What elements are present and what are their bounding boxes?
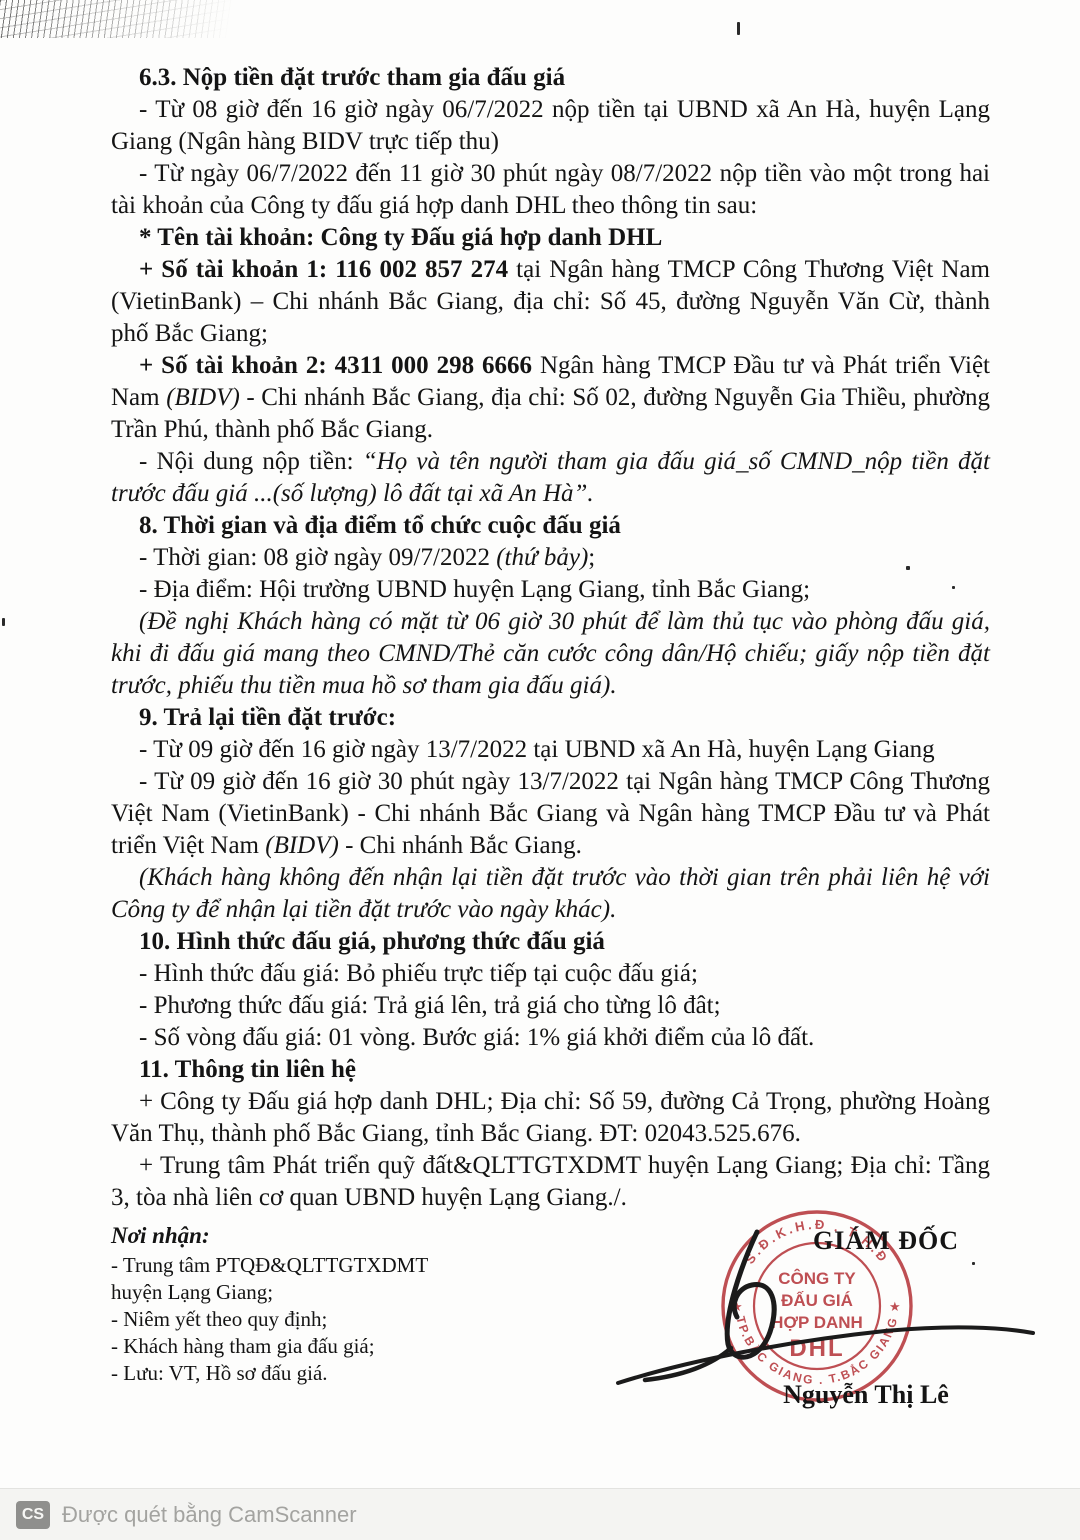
text-run: + Trung tâm Phát triển quỹ đất&QLTTGTXDM… (111, 1152, 990, 1211)
text-run: (Khách hàng không đến nhận lại tiền đặt … (111, 864, 990, 923)
text-run: * Tên tài khoản: Công ty Đấu giá hợp dan… (139, 224, 662, 251)
paragraph: + Trung tâm Phát triển quỹ đất&QLTTGTXDM… (111, 1150, 990, 1214)
scan-speck (2, 618, 5, 626)
signature-block: S.Đ.K.H.Đ . T.H.Đ TP.BẮC GIANG . T.BẮC G… (671, 1222, 1080, 1452)
text-run: - Số vòng đấu giá: 01 vòng. Bước giá: 1%… (139, 1024, 814, 1051)
paragraph: - Từ ngày 06/7/2022 đến 11 giờ 30 phút n… (111, 158, 990, 222)
text-run: (thứ bảy) (496, 544, 588, 571)
section-heading: 6.3. Nộp tiền đặt trước tham gia đấu giá (111, 62, 990, 94)
text-run: (BIDV) (166, 384, 240, 411)
recipient-line: - Khách hàng tham gia đấu giá; (111, 1333, 441, 1360)
recipient-line: - Lưu: VT, Hồ sơ đấu giá. (111, 1360, 441, 1387)
text-run: - Từ 08 giờ đến 16 giờ ngày 06/7/2022 nộ… (111, 96, 990, 155)
text-run: - Từ ngày 06/7/2022 đến 11 giờ 30 phút n… (111, 160, 990, 219)
text-run: (BIDV) (265, 832, 339, 859)
section-heading: 10. Hình thức đấu giá, phương thức đấu g… (111, 926, 990, 958)
text-run: - Chi nhánh Bắc Giang, địa chỉ: Số 02, đ… (111, 384, 990, 443)
paragraph: - Từ 09 giờ đến 16 giờ 30 phút ngày 13/7… (111, 766, 990, 862)
paragraph: - Từ 08 giờ đến 16 giờ ngày 06/7/2022 nộ… (111, 94, 990, 158)
paragraph: - Phương thức đấu giá: Trả giá lên, trả … (111, 990, 990, 1022)
text-run: - Chi nhánh Bắc Giang. (339, 832, 582, 859)
text-run: (Đề nghị Khách hàng có mặt từ 06 giờ 30 … (111, 608, 990, 699)
stamp-line-1: CÔNG TY (778, 1269, 856, 1288)
camscanner-logo-icon: CS (16, 1501, 50, 1529)
scan-noise-artifact (0, 0, 270, 38)
paragraph: - Địa điểm: Hội trường UBND huyện Lạng G… (111, 574, 990, 606)
paragraph: + Số tài khoản 1: 116 002 857 274 tại Ng… (111, 254, 990, 350)
text-run: - Hình thức đấu giá: Bỏ phiếu trực tiếp … (139, 960, 698, 987)
recipient-line: - Niêm yết theo quy định; (111, 1306, 441, 1333)
text-run: 8. Thời gian và địa điểm tổ chức cuộc đấ… (139, 512, 621, 539)
text-run: - Thời gian: 08 giờ ngày 09/7/2022 (139, 544, 496, 571)
signer-name: Nguyễn Thị Lê (726, 1380, 1006, 1410)
closing-block: Nơi nhận: - Trung tâm PTQĐ&QLTTGTXDMThuy… (111, 1222, 1030, 1452)
stamp-line-3: HỢP DANH (771, 1313, 863, 1332)
paragraph: - Thời gian: 08 giờ ngày 09/7/2022 (thứ … (111, 542, 990, 574)
document-body: 6.3. Nộp tiền đặt trước tham gia đấu giá… (111, 62, 990, 1214)
paragraph: (Đề nghị Khách hàng có mặt từ 06 giờ 30 … (111, 606, 990, 702)
paragraph: + Số tài khoản 2: 4311 000 298 6666 Ngân… (111, 350, 990, 446)
text-run: 9. Trả lại tiền đặt trước: (139, 704, 396, 731)
text-run: - Từ 09 giờ đến 16 giờ ngày 13/7/2022 tạ… (139, 736, 935, 763)
scanned-document-page: 6.3. Nộp tiền đặt trước tham gia đấu giá… (0, 0, 1080, 1540)
text-run: 6.3. Nộp tiền đặt trước tham gia đấu giá (139, 64, 565, 91)
text-run: - Nội dung nộp tiền: (139, 448, 363, 475)
paragraph: - Nội dung nộp tiền: “Họ và tên người th… (111, 446, 990, 510)
paragraph: - Hình thức đấu giá: Bỏ phiếu trực tiếp … (111, 958, 990, 990)
stamp-star-left-icon: ★ (731, 1299, 743, 1314)
text-run: ; (588, 544, 595, 571)
paragraph: - Từ 09 giờ đến 16 giờ ngày 13/7/2022 tạ… (111, 734, 990, 766)
text-run: - Phương thức đấu giá: Trả giá lên, trả … (139, 992, 721, 1019)
section-heading: 9. Trả lại tiền đặt trước: (111, 702, 990, 734)
paragraph: (Khách hàng không đến nhận lại tiền đặt … (111, 862, 990, 926)
recipient-line: huyện Lạng Giang; (111, 1279, 441, 1306)
text-run: + Số tài khoản 1: 116 002 857 274 (139, 256, 508, 283)
section-heading: * Tên tài khoản: Công ty Đấu giá hợp dan… (111, 222, 990, 254)
text-run: - Địa điểm: Hội trường UBND huyện Lạng G… (139, 576, 810, 603)
text-run: 11. Thông tin liên hệ (139, 1056, 356, 1083)
recipients-block: Nơi nhận: - Trung tâm PTQĐ&QLTTGTXDMThuy… (111, 1222, 441, 1387)
paragraph: + Công ty Đấu giá hợp danh DHL; Địa chỉ:… (111, 1086, 990, 1150)
stamp-star-right-icon: ★ (889, 1299, 901, 1314)
text-run: + Công ty Đấu giá hợp danh DHL; Địa chỉ:… (111, 1088, 990, 1147)
stamp-line-4: DHL (789, 1335, 844, 1362)
text-run: + Số tài khoản 2: 4311 000 298 6666 (139, 352, 532, 379)
signer-title: GIÁM ĐỐC (766, 1226, 1006, 1256)
scan-speck (737, 22, 740, 35)
recipient-line: - Trung tâm PTQĐ&QLTTGTXDMT (111, 1252, 441, 1279)
stamp-line-2: ĐẤU GIÁ (781, 1291, 853, 1310)
recipients-list: - Trung tâm PTQĐ&QLTTGTXDMThuyện Lạng Gi… (111, 1252, 441, 1387)
camscanner-footer-bar: CS Được quét bằng CamScanner (0, 1488, 1080, 1540)
text-run: 10. Hình thức đấu giá, phương thức đấu g… (139, 928, 605, 955)
paragraph: - Số vòng đấu giá: 01 vòng. Bước giá: 1%… (111, 1022, 990, 1054)
recipients-title: Nơi nhận: (111, 1222, 441, 1249)
camscanner-footer-text: Được quét bằng CamScanner (62, 1502, 357, 1528)
section-heading: 11. Thông tin liên hệ (111, 1054, 990, 1086)
section-heading: 8. Thời gian và địa điểm tổ chức cuộc đấ… (111, 510, 990, 542)
